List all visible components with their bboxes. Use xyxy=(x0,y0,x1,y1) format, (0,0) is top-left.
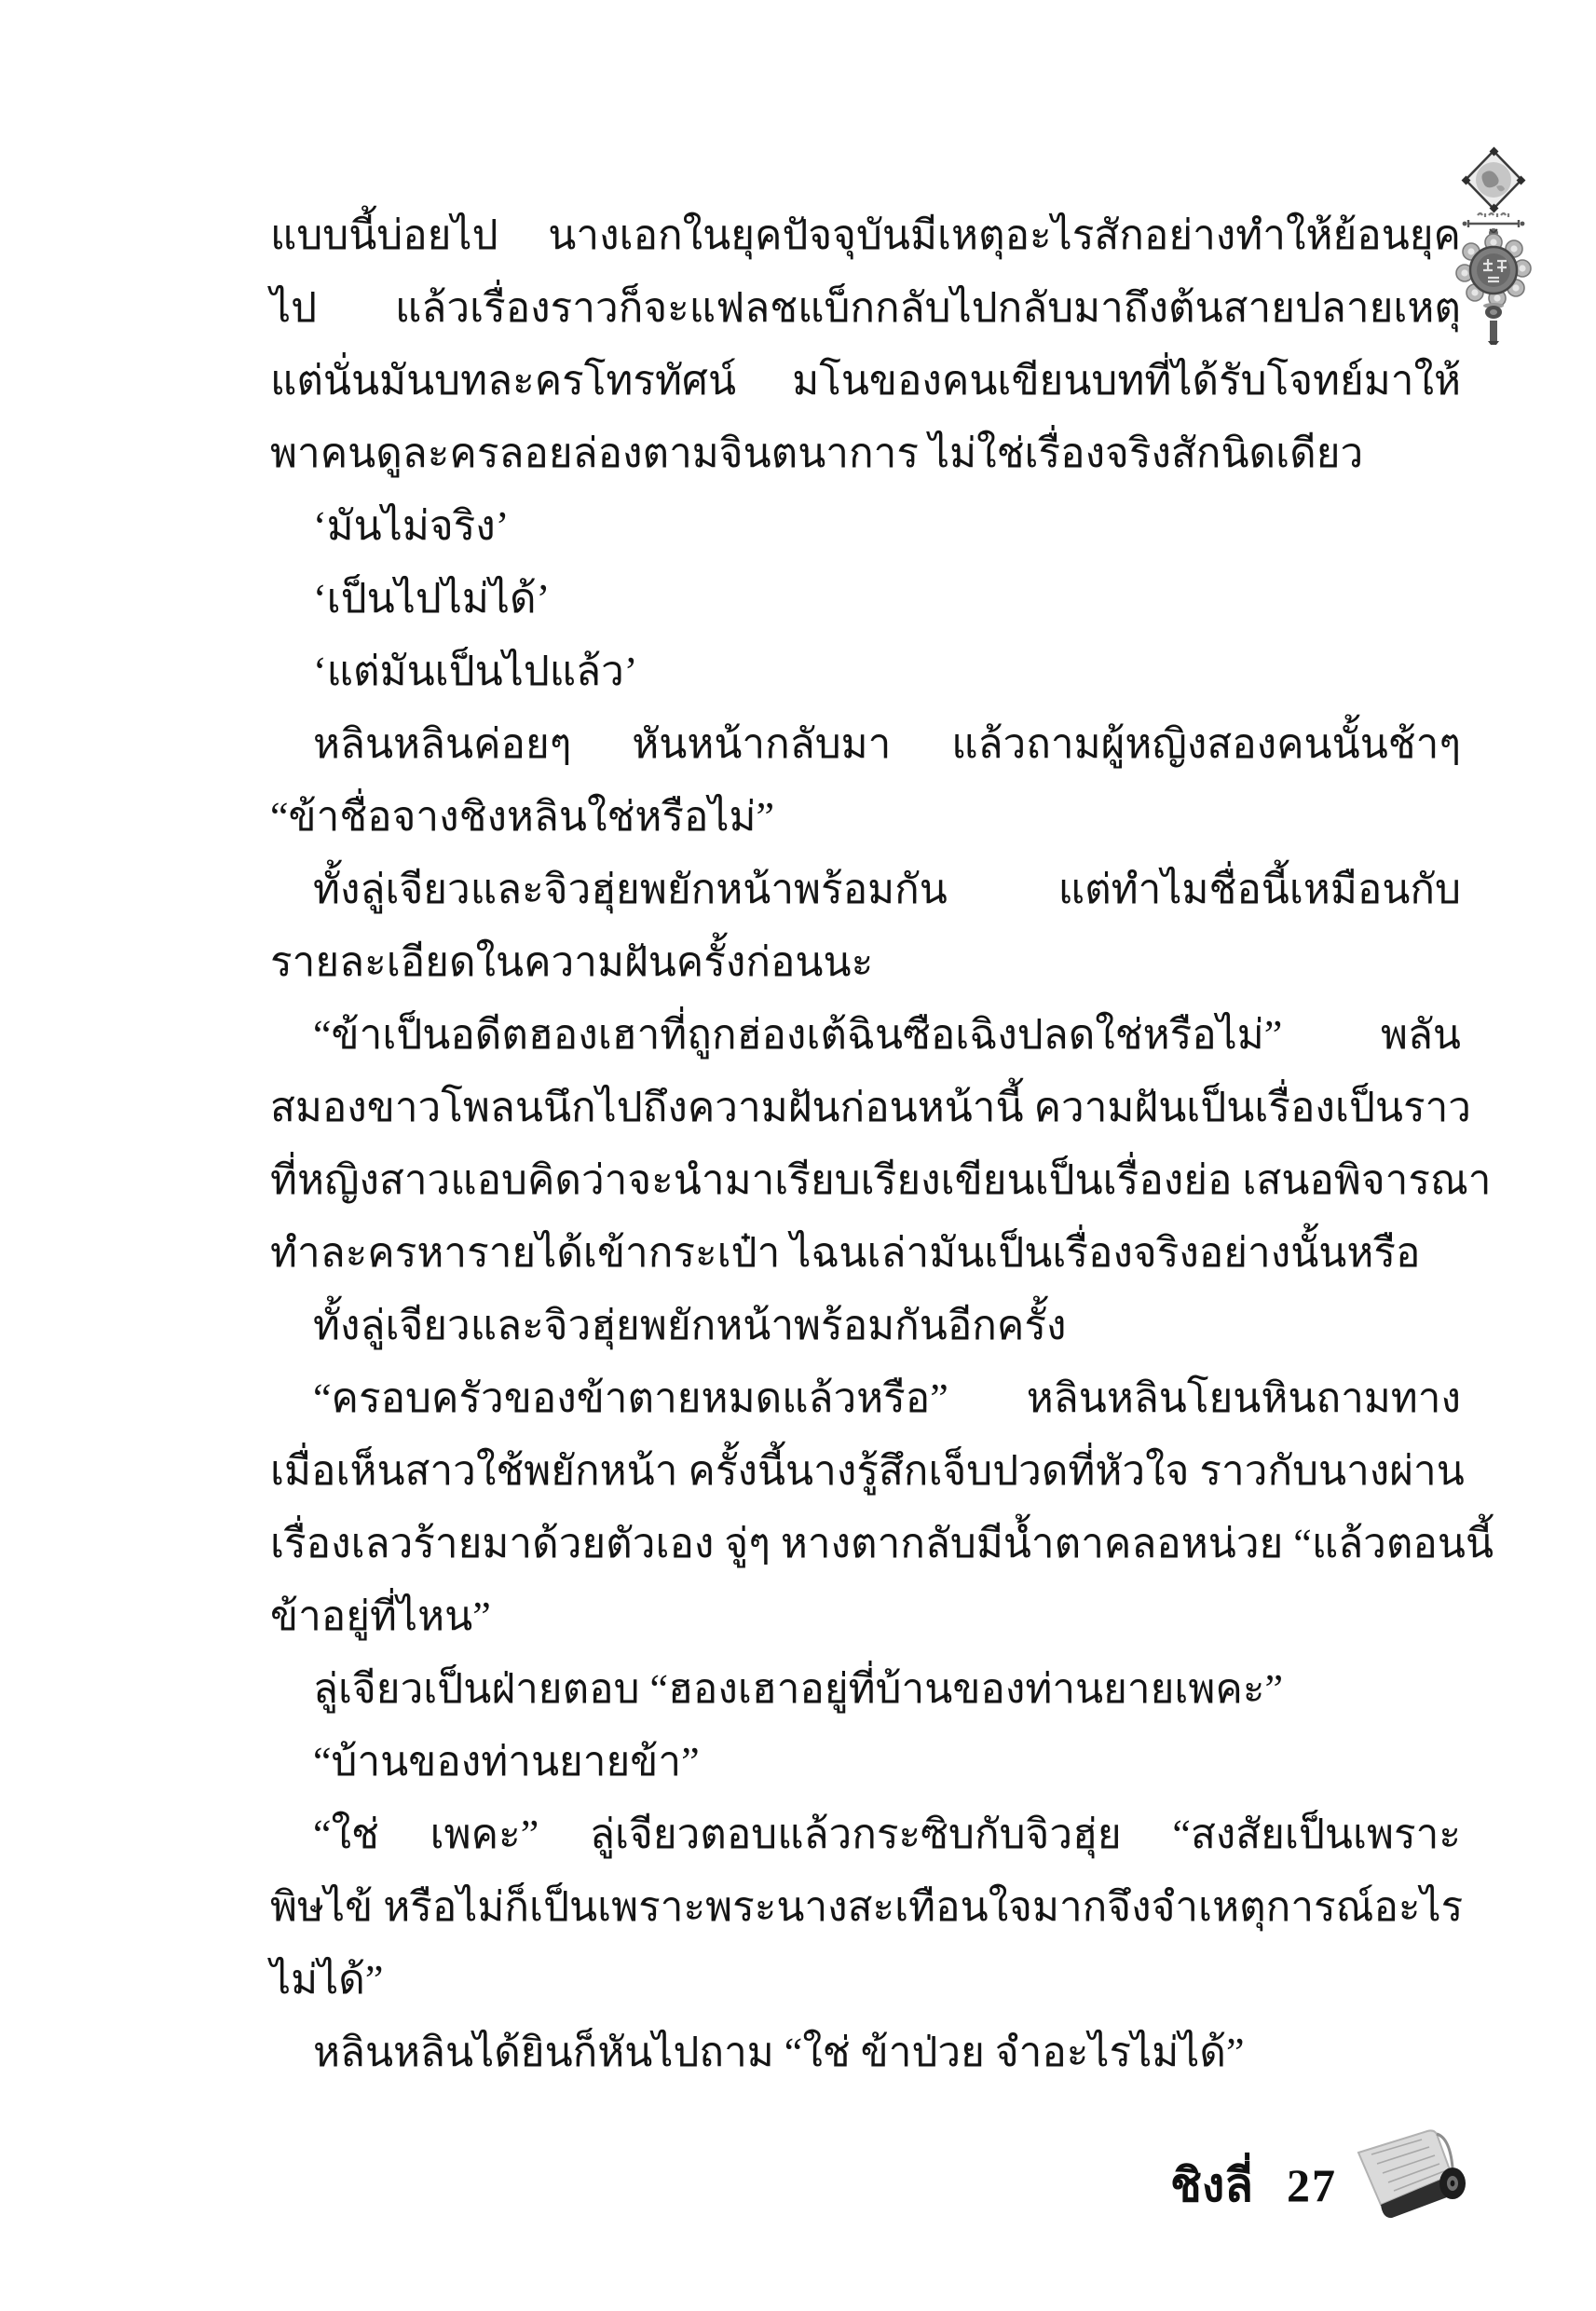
text-line: “ข้าชื่อจางชิงหลินใช่หรือไม่” xyxy=(270,781,1461,854)
text-line: ทั้งลู่เจียวและจิวฮุ่ยพยักหน้าพร้อมกันอี… xyxy=(270,1290,1461,1362)
text-line: ทำละครหารายได้เข้ากระเป๋า ไฉนเล่ามันเป็น… xyxy=(270,1217,1461,1290)
ornament-medallion xyxy=(1456,234,1531,307)
text-line: ทั้งลู่เจียวและจิวฮุ่ยพยักหน้าพร้อมกัน แ… xyxy=(270,854,1461,926)
text-line: เมื่อเห็นสาวใช้พยักหน้า ครั้งนี้นางรู้สึ… xyxy=(270,1435,1461,1508)
text-line: พาคนดูละครลอยล่องตามจินตนาการ ไม่ใช่เรื่… xyxy=(270,417,1461,490)
text-line: แต่นั่นมันบทละครโทรทัศน์ มโนของคนเขียนบท… xyxy=(270,345,1461,417)
page-number: 27 xyxy=(1287,2158,1337,2212)
text-line: แบบนี้บ่อยไป นางเอกในยุคปัจจุบันมีเหตุอะ… xyxy=(270,199,1461,272)
text-line: ‘มันไม่จริง’ xyxy=(270,490,1461,563)
text-line: หลินหลินค่อยๆ หันหน้ากลับมา แล้วถามผู้หญ… xyxy=(270,708,1461,781)
text-line: สมองขาวโพลนนึกไปถึงความฝันก่อนหน้านี้ คว… xyxy=(270,1072,1461,1144)
text-line: ข้าอยู่ที่ไหน” xyxy=(270,1580,1461,1653)
text-line: “ใช่ เพคะ” ลู่เจียวตอบแล้วกระซิบกับจิวฮุ… xyxy=(270,1798,1461,1871)
text-line: เรื่องเลวร้ายมาด้วยตัวเอง จู่ๆ หางตากลับ… xyxy=(270,1508,1461,1580)
text-line: ที่หญิงสาวแอบคิดว่าจะนำมาเรียบเรียงเขียน… xyxy=(270,1144,1461,1217)
book-title: ชิงลี่ xyxy=(1170,2149,1253,2222)
text-line: รายละเอียดในความฝันครั้งก่อนนะ xyxy=(270,926,1461,999)
scroll-icon xyxy=(1340,2125,1481,2238)
text-line: ‘เป็นไปไม่ได้’ xyxy=(270,563,1461,636)
text-line: ลู่เจียวเป็นฝ่ายตอบ “ฮองเฮาอยู่ที่บ้านขอ… xyxy=(270,1653,1461,1726)
text-line: “บ้านของท่านยายข้า” xyxy=(270,1726,1461,1798)
text-line: ไป แล้วเรื่องราวก็จะแฟลชแบ็กกลับไปกลับมา… xyxy=(270,272,1461,345)
text-line: “ข้าเป็นอดีตฮองเฮาที่ถูกฮ่องเต้ฉินซือเฉิ… xyxy=(270,999,1461,1072)
text-line: หลินหลินได้ยินก็หันไปถาม “ใช่ ข้าป่วย จำ… xyxy=(270,2017,1461,2089)
body-text: แบบนี้บ่อยไป นางเอกในยุคปัจจุบันมีเหตุอะ… xyxy=(270,199,1461,2089)
text-line: ไม่ได้” xyxy=(270,1944,1461,2017)
text-line: ‘แต่มันเป็นไปแล้ว’ xyxy=(270,636,1461,708)
text-line: “ครอบครัวของข้าตายหมดแล้วหรือ” หลินหลินโ… xyxy=(270,1362,1461,1435)
book-page: แบบนี้บ่อยไป นางเอกในยุคปัจจุบันมีเหตุอะ… xyxy=(0,0,1596,2311)
page-footer: ชิงลี่ 27 xyxy=(1170,2149,1337,2222)
text-line: พิษไข้ หรือไม่ก็เป็นเพราะพระนางสะเทือนใจ… xyxy=(270,1871,1461,1944)
